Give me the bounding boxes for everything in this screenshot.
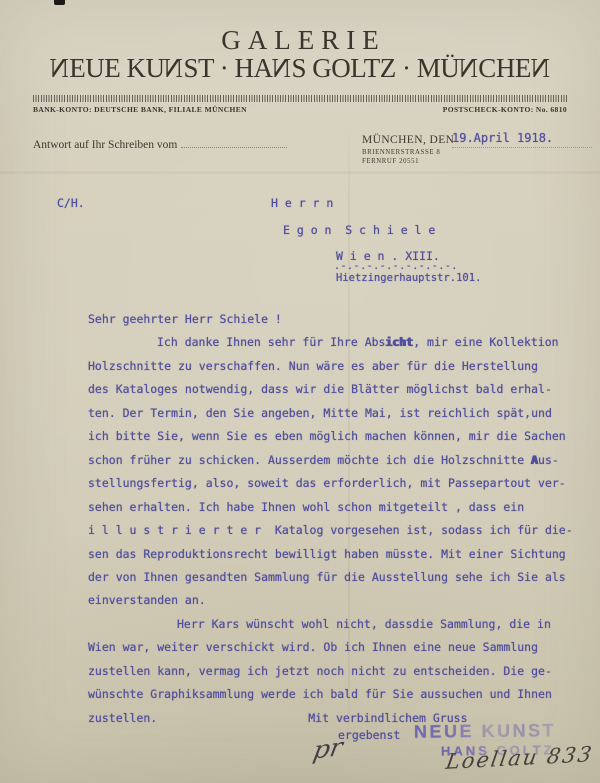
brand-glyph: H — [234, 53, 253, 83]
recipient-salute: H e r r n — [271, 196, 333, 210]
brand-glyph: L — [350, 53, 364, 83]
letter-paper: GALERIE NEUE KUNST · HANS GOLTZ · MÜNCHE… — [0, 0, 600, 783]
typed-text: Wien war, weiter verschickt wird. Ob ich… — [88, 640, 538, 654]
brand-glyph: E — [104, 53, 120, 83]
letter-line: stellungsfertig, also, soweit das erford… — [88, 472, 593, 495]
bank-konto-label: BANK-KONTO: DEUTSCHE BANK, FILIALE MÜNCH… — [33, 105, 247, 114]
typed-text: ten. Der Termin, den Sie angeben, Mitte … — [88, 406, 552, 420]
letter-line: Ich danke Ihnen sehr für Ihre Absicht, m… — [88, 331, 593, 354]
brand-glyph: M — [417, 53, 441, 83]
brand-glyph: H — [496, 53, 515, 83]
letter-line: ten. Der Termin, den Sie angeben, Mitte … — [88, 402, 593, 425]
letter-line: schon früher zu schicken. Ausserdem möch… — [88, 449, 593, 472]
typed-text: , mir eine Kollektion — [413, 335, 558, 349]
typed-text: ich bitte Sie, wenn Sie es eben möglich … — [88, 429, 566, 443]
horizontal-fold-crease — [0, 171, 600, 174]
typed-text: zustellen kann, vermag ich jetzt noch ni… — [88, 664, 552, 678]
typed-text: sen das Reproduktionsrecht bewilligt hab… — [88, 547, 566, 561]
letter-line: ich bitte Sie, wenn Sie es eben möglich … — [88, 425, 593, 448]
reply-label: Antwort auf Ihr Schreiben vom — [33, 139, 177, 151]
letter-line: Holzschnitte zu verschaffen. Nun wäre es… — [88, 355, 593, 378]
decorative-hatch-rule — [33, 95, 567, 102]
reply-reference-line: Antwort auf Ihr Schreiben vom — [33, 136, 287, 151]
letterhead-title: GALERIE — [0, 25, 600, 56]
typed-text: Holzschnitte zu verschaffen. Nun wäre es… — [88, 359, 538, 373]
recipient-street: Hietzingerhauptstr.101. — [336, 272, 481, 284]
letter-line: einverstanden an. — [88, 589, 593, 612]
brand-glyph: Ü — [440, 53, 459, 83]
letter-line: Herr Kars wünscht wohl nicht, dassdie Sa… — [88, 613, 593, 636]
mirrored-n-glyph: N — [459, 53, 478, 84]
brand-glyph: U — [145, 53, 164, 83]
bank-info-row: BANK-KONTO: DEUTSCHE BANK, FILIALE MÜNCH… — [33, 105, 567, 114]
letter-line: i l l u s t r i e r t e r Katalog vorges… — [88, 519, 593, 542]
typed-text: der von Ihnen gesandten Sammlung für die… — [88, 570, 566, 584]
typed-text: stellungsfertig, also, soweit das erford… — [88, 476, 566, 490]
brand-glyph: · — [220, 53, 229, 83]
typed-text: Sehr geehrter Herr Schiele ! — [88, 312, 282, 326]
typed-text: i l l u s t r i e r t e r Katalog vorges… — [88, 523, 573, 537]
brand-glyph: U — [85, 53, 104, 83]
brand-glyph: Z — [380, 53, 396, 83]
brand-glyph: S — [183, 53, 198, 83]
typed-text: Herr Kars wünscht wohl nicht, dassdie Sa… — [177, 617, 551, 631]
mirrored-n-glyph: N — [164, 53, 183, 84]
typed-text: wünschte Graphiksammlung werde ich bald … — [88, 687, 552, 701]
date-underline-rule — [452, 147, 592, 148]
brand-glyph: E — [69, 53, 85, 83]
overstruck-text: A — [531, 453, 538, 467]
letterhead-street: BRIENNERSTRASSE 8 — [362, 149, 440, 156]
overstruck-text: icht — [385, 335, 413, 349]
mirrored-n-glyph: N — [531, 53, 550, 84]
scan-artifact-mark — [54, 0, 65, 5]
typed-text: schon früher zu schicken. Ausserdem möch… — [88, 453, 531, 467]
mirrored-n-glyph: N — [50, 53, 69, 84]
brand-glyph: G — [312, 53, 331, 83]
letterhead-brand: NEUE KUNST · HANS GOLTZ · MÜNCHEN — [0, 53, 600, 84]
brand-glyph: T — [198, 53, 214, 83]
typed-text: einverstanden an. — [88, 593, 206, 607]
letter-line: wünschte Graphiksammlung werde ich bald … — [88, 683, 593, 706]
letter-line: sen das Reproduktionsrecht bewilligt hab… — [88, 543, 593, 566]
brand-glyph: S — [291, 53, 306, 83]
brand-glyph: E — [515, 53, 531, 83]
typed-text: des Kataloges notwendig, dass wir die Bl… — [88, 382, 552, 396]
handwritten-initials: pr — [311, 732, 345, 765]
recipient-name: E g o n S c h i e l e — [283, 223, 435, 237]
closing-ergebenst: ergebenst — [338, 728, 400, 742]
recipient-underline: .-.-.-.-.-.-.-.-.-. — [334, 261, 458, 272]
brand-glyph: A — [253, 53, 272, 83]
letter-line: sehen erhalten. Ich habe Ihnen wohl scho… — [88, 496, 593, 519]
typed-text: zustellen. — [88, 711, 157, 725]
letter-body: Sehr geehrter Herr Schiele !Ich danke Ih… — [88, 308, 593, 730]
letter-line: Wien war, weiter verschickt wird. Ob ich… — [88, 636, 593, 659]
brand-glyph: O — [331, 53, 350, 83]
brand-glyph: T — [364, 53, 380, 83]
city-date-label: MÜNCHEN, DEN — [362, 134, 454, 146]
typed-date: 19.April 1918. — [452, 131, 553, 145]
brand-glyph: C — [478, 53, 496, 83]
letter-line: Sehr geehrter Herr Schiele ! — [88, 308, 593, 331]
typed-text: Ich danke Ihnen sehr für Ihre Abs — [157, 335, 385, 349]
postscheck-konto-label: POSTSCHECK-KONTO: No. 6810 — [443, 105, 567, 114]
brand-glyph: K — [126, 53, 145, 83]
file-reference: C/H. — [57, 196, 85, 210]
reply-blank-rule — [181, 136, 287, 148]
letter-line: zustellen kann, vermag ich jetzt noch ni… — [88, 660, 593, 683]
typed-text: us- — [538, 453, 559, 467]
letter-line: der von Ihnen gesandten Sammlung für die… — [88, 566, 593, 589]
typed-text: sehen erhalten. Ich habe Ihnen wohl scho… — [88, 500, 524, 514]
brand-glyph: · — [402, 53, 411, 83]
letterhead-phone: FERNRUF 20551 — [362, 158, 419, 165]
mirrored-n-glyph: N — [272, 53, 291, 84]
company-stamp-line-1: NEUE KUNST — [414, 720, 556, 742]
letter-line: des Kataloges notwendig, dass wir die Bl… — [88, 378, 593, 401]
